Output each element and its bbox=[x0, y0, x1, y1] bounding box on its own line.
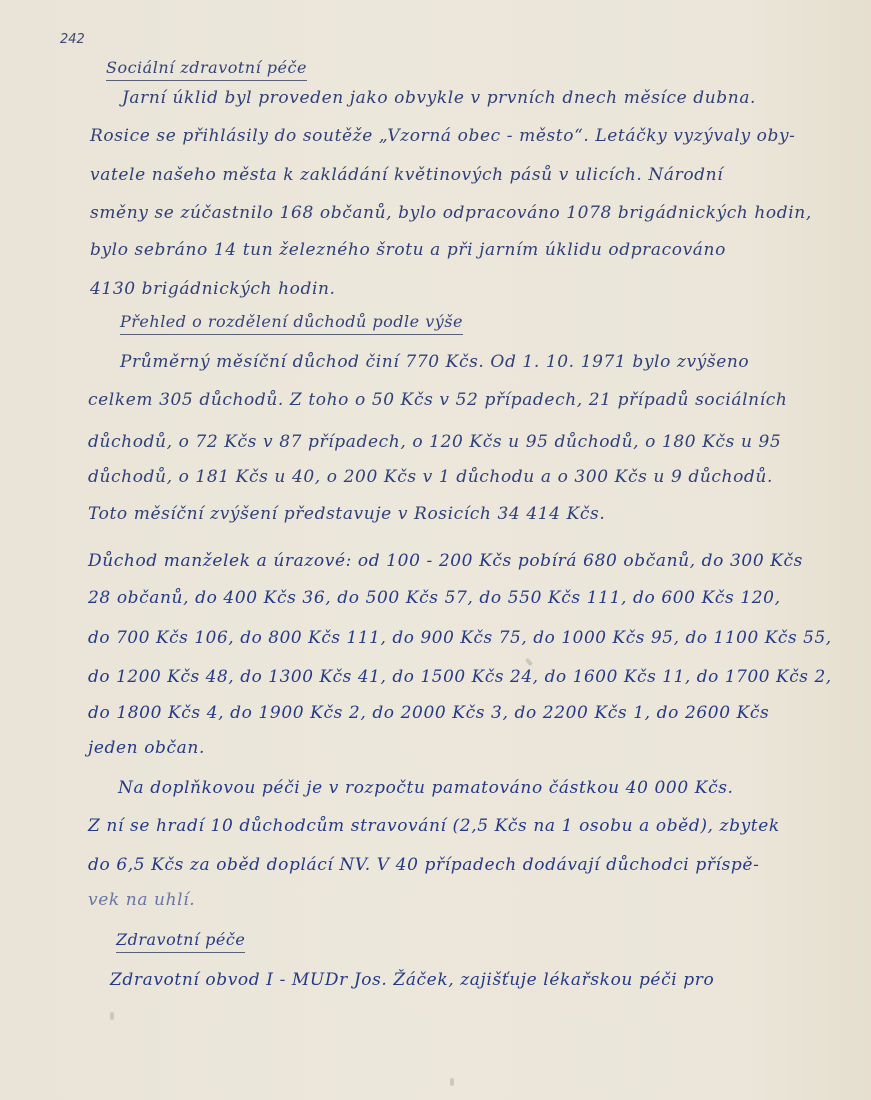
text-line: do 1800 Kčs 4, do 1900 Kčs 2, do 2000 Kč… bbox=[88, 703, 769, 723]
text-line: Z ní se hradí 10 důchodcům stravování (2… bbox=[88, 816, 780, 836]
text-line: Zdravotní obvod I - MUDr Jos. Žáček, zaj… bbox=[110, 970, 714, 990]
text-line: Jarní úklid byl proveden jako obvykle v … bbox=[122, 88, 756, 108]
text-line: celkem 305 důchodů. Z toho o 50 Kčs v 52… bbox=[88, 390, 787, 410]
text-line: do 700 Kčs 106, do 800 Kčs 111, do 900 K… bbox=[88, 628, 832, 648]
chronicle-page: 242 Sociální zdravotní péče Jarní úklid … bbox=[0, 0, 871, 1100]
text-line: směny se zúčastnilo 168 občanů, bylo odp… bbox=[90, 203, 812, 223]
text-line: Rosice se přihlásily do soutěže „Vzorná … bbox=[90, 126, 796, 146]
section-heading-social-care: Sociální zdravotní péče bbox=[106, 58, 307, 81]
text-line: 4130 brigádnických hodin. bbox=[90, 279, 336, 299]
text-line: do 1200 Kčs 48, do 1300 Kčs 41, do 1500 … bbox=[88, 667, 832, 687]
text-line: bylo sebráno 14 tun železného šrotu a př… bbox=[90, 240, 726, 260]
text-line: Důchod manželek a úrazové: od 100 - 200 … bbox=[88, 551, 803, 571]
text-line: do 6,5 Kčs za oběd doplácí NV. V 40 příp… bbox=[88, 855, 759, 875]
paper-speck bbox=[525, 658, 533, 667]
paper-speck bbox=[450, 1078, 454, 1086]
text-line: Na doplňkovou péči je v rozpočtu pamatov… bbox=[118, 778, 734, 798]
text-line: vatele našeho města k zakládání květinov… bbox=[90, 165, 723, 185]
text-line: Toto měsíční zvýšení představuje v Rosic… bbox=[88, 504, 605, 524]
text-line: vek na uhlí. bbox=[88, 890, 195, 910]
page-number: 242 bbox=[60, 32, 85, 47]
section-heading-health-care: Zdravotní péče bbox=[116, 930, 245, 953]
paper-speck bbox=[110, 1012, 114, 1020]
section-heading-pension-overview: Přehled o rozdělení důchodů podle výše bbox=[120, 312, 463, 335]
text-line: Průměrný měsíční důchod činí 770 Kčs. Od… bbox=[120, 352, 749, 372]
text-line: jeden občan. bbox=[88, 738, 205, 758]
text-line: 28 občanů, do 400 Kčs 36, do 500 Kčs 57,… bbox=[88, 588, 781, 608]
text-line: důchodů, o 72 Kčs v 87 případech, o 120 … bbox=[88, 432, 781, 452]
text-line: důchodů, o 181 Kčs u 40, o 200 Kčs v 1 d… bbox=[88, 467, 773, 487]
